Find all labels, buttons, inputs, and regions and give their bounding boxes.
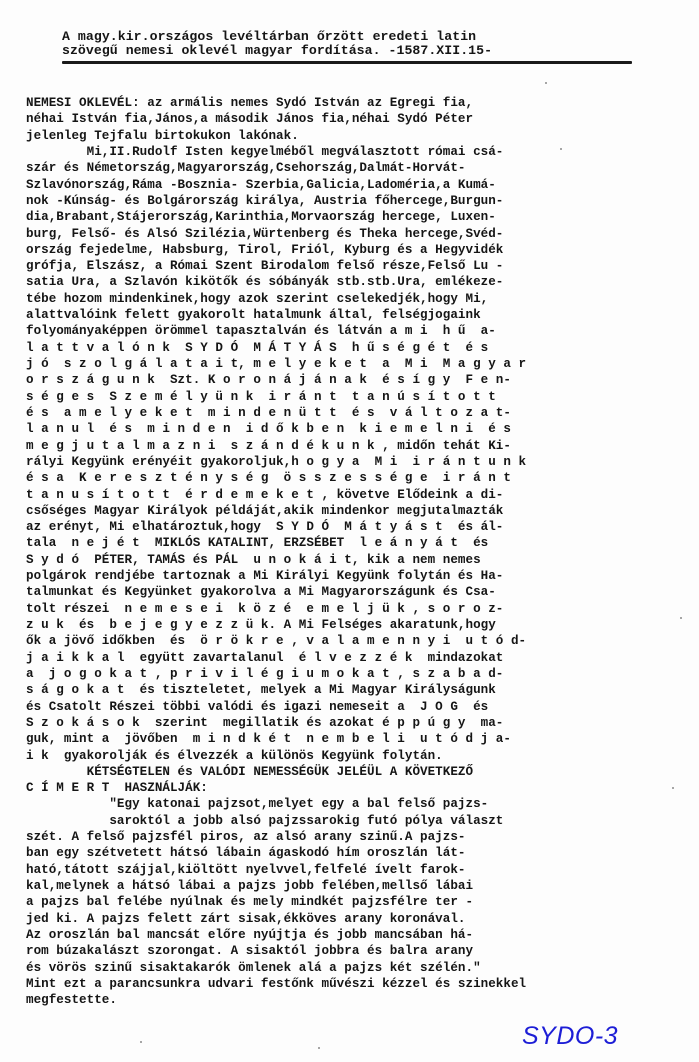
body-line: szár és Németország,Magyarország,Csehors… xyxy=(26,160,676,176)
scan-speck xyxy=(680,617,682,619)
body-line: j a i k k a l együtt zavartalanul é l v … xyxy=(26,650,676,666)
body-line: rom búzakalászt szorongat. A sisaktól jo… xyxy=(26,943,676,959)
document-page: A magy.kir.országos levéltárban őrzött e… xyxy=(0,0,699,1062)
body-line: Mint ezt a parancsunkra udvari festőnk m… xyxy=(26,976,676,992)
body-line: ők a jövő időkben és ö r ö k r e , v a l… xyxy=(26,633,676,649)
document-body: NEMESI OKLEVÉL: az armális nemes Sydó Is… xyxy=(26,95,676,1009)
body-line: é s a K e r e s z t é n y s é g ö s s z … xyxy=(26,470,676,486)
body-line: megfestette. xyxy=(26,992,676,1008)
body-line: és Csatolt Részei többi valódi és igazi … xyxy=(26,699,676,715)
body-line: és vörös szinű sisaktakarók ömlenek alá … xyxy=(26,960,676,976)
body-line: ható,tátott szájjal,kiöltött nyelvvel,fe… xyxy=(26,862,676,878)
body-line: Az oroszlán bal mancsát előre nyújtja és… xyxy=(26,927,676,943)
header-line: szövegű nemesi oklevél magyar fordítása.… xyxy=(62,44,622,58)
body-line: néhai István fia,János,a második János f… xyxy=(26,111,676,127)
body-line: m e g j u t a l m a z n i s z á n d é k … xyxy=(26,438,676,454)
body-line: talmunkat és Kegyünket gyakorolva a Mi M… xyxy=(26,584,676,600)
scan-speck xyxy=(140,1041,142,1043)
body-line: j ó s z o l g á l a t a i t, m e l y e k… xyxy=(26,356,676,372)
body-line: jelenleg Tejfalu birtokukon lakónak. xyxy=(26,128,676,144)
body-line: S y d ó PÉTER, TAMÁS és PÁL u n o k á i … xyxy=(26,552,676,568)
body-line: i k gyakorolják és élvezzék a különös Ke… xyxy=(26,748,676,764)
header-underline xyxy=(62,61,632,64)
body-line: a j o g o k a t , p r i v i l é g i u m … xyxy=(26,666,676,682)
body-line: burg, Felső- és Alsó Szilézia,Würtenberg… xyxy=(26,226,676,242)
scan-speck xyxy=(318,1047,320,1049)
body-line: C Í M E R T HASZNÁLJÁK: xyxy=(26,780,676,796)
body-line: szét. A felső pajzsfél piros, az alsó ar… xyxy=(26,829,676,845)
body-line: rályi Kegyünk erényéit gyakoroljuk,h o g… xyxy=(26,454,676,470)
body-line: a pajzs bal felébe nyúlnak és mely mindk… xyxy=(26,894,676,910)
header-line: A magy.kir.országos levéltárban őrzött e… xyxy=(62,30,622,44)
body-line: polgárok rendjébe tartoznak a Mi Királyi… xyxy=(26,568,676,584)
body-line: Szlavónország,Ráma -Bosznia- Szerbia,Gal… xyxy=(26,177,676,193)
body-line: "Egy katonai pajzsot,melyet egy a bal fe… xyxy=(26,796,676,812)
body-line: ország fejedelme, Habsburg, Tirol, Friól… xyxy=(26,242,676,258)
body-line: csőséges Magyar Királyok példáját,akik m… xyxy=(26,503,676,519)
body-line: tébe hozom mindenkinek,hogy azok szerint… xyxy=(26,291,676,307)
body-line: z u k és b e j e g y e z z ü k. A Mi Fel… xyxy=(26,617,676,633)
body-line: folyományaképpen örömmel tapasztalván és… xyxy=(26,323,676,339)
body-line: o r s z á g u n k Szt. K o r o n á j á n… xyxy=(26,372,676,388)
body-line: Mi,II.Rudolf Isten kegyelméből megválasz… xyxy=(26,144,676,160)
body-line: jed ki. A pajzs felett zárt sisak,ékköve… xyxy=(26,911,676,927)
body-line: ban egy szétvetett hátsó lábain ágaskodó… xyxy=(26,845,676,861)
body-line: é s a m e l y e k e t m i n d e n ü t t … xyxy=(26,405,676,421)
body-line: saroktól a jobb alsó pajzssarokig futó p… xyxy=(26,813,676,829)
body-line: alattvalóink felett gyakorolt hatalmunk … xyxy=(26,307,676,323)
body-line: s é g e s S z e m é l y ü n k i r á n t … xyxy=(26,389,676,405)
body-line: KÉTSÉGTELEN és VALÓDI NEMESSÉGÜK JELÉÜL … xyxy=(26,764,676,780)
body-line: S z o k á s o k szerint megillatik és az… xyxy=(26,715,676,731)
body-line: l a n u l é s m i n d e n i d ő k b e n … xyxy=(26,421,676,437)
body-line: guk, mint a jövőben m i n d k é t n e m … xyxy=(26,731,676,747)
body-line: nok -Kúnság- és Bolgárország királya, Au… xyxy=(26,193,676,209)
document-stamp-label: SYDO-3 xyxy=(522,1022,618,1051)
scan-speck xyxy=(672,787,674,789)
document-header: A magy.kir.országos levéltárban őrzött e… xyxy=(62,30,622,58)
body-line: dia,Brabant,Stájerország,Karinthia,Morva… xyxy=(26,209,676,225)
body-line: NEMESI OKLEVÉL: az armális nemes Sydó Is… xyxy=(26,95,676,111)
body-line: l a t t v a l ó n k S Y D Ó M Á T Y Á S … xyxy=(26,340,676,356)
body-line: t a n u s í t o t t é r d e m e k e t , … xyxy=(26,487,676,503)
body-line: tolt részei n e m e s e i k ö z é e m e … xyxy=(26,601,676,617)
body-line: grófja, Elszász, a Római Szent Birodalom… xyxy=(26,258,676,274)
body-line: kal,melynek a hátsó lábai a pajzs jobb f… xyxy=(26,878,676,894)
body-line: az erényt, Mi elhatároztuk,hogy S Y D Ó … xyxy=(26,519,676,535)
body-line: satia Ura, a Szlavón kikötők és sóbányák… xyxy=(26,274,676,290)
scan-speck xyxy=(560,148,562,150)
body-line: tala n e j é t MIKLÓS KATALINT, ERZSÉBET… xyxy=(26,535,676,551)
body-line: s á g o k a t és tiszteletet, melyek a M… xyxy=(26,682,676,698)
scan-speck xyxy=(545,82,547,84)
